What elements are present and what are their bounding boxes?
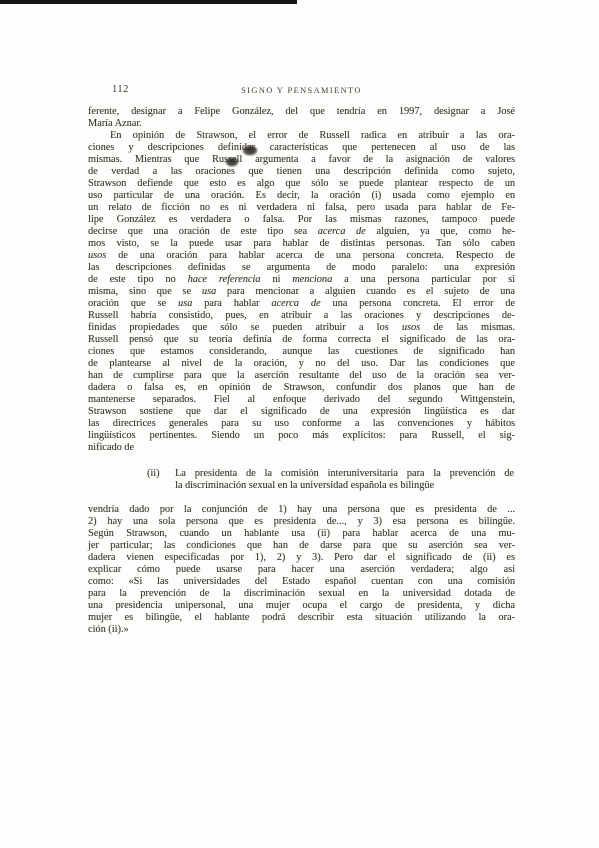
text-line: de verdad a las oraciones que tienen una…: [88, 166, 515, 178]
page-number: 112: [112, 84, 129, 95]
text-line: nificado de: [88, 442, 515, 454]
ink-smudge: [225, 157, 239, 167]
scanned-journal-page: 112 SIGNO Y PENSAMIENTO ferente, designa…: [0, 0, 599, 848]
text-line: oración que se usa para hablar acerca de…: [88, 298, 515, 310]
journal-title: SIGNO Y PENSAMIENTO: [88, 84, 515, 95]
running-head: 112 SIGNO Y PENSAMIENTO: [88, 84, 515, 98]
text-line: como: «Si las universidades del Estado e…: [88, 576, 515, 588]
text-line: jer particular; las condiciones que han …: [88, 540, 515, 552]
text-line: 2) hay una sola persona que es president…: [88, 516, 515, 528]
text-line: lipe González es verdadera o falsa. Por …: [88, 214, 515, 226]
text-line: mos visto, se la puede usar para hablar …: [88, 238, 515, 250]
text-line: de plantearse al nivel de la oración, y …: [88, 358, 515, 370]
paragraph-continuation: ferente, designar a Felipe González, del…: [88, 106, 515, 130]
example-text: La presidenta de la comisión interuniver…: [175, 468, 514, 492]
text-line: Strawson sostiene que dar el significado…: [88, 406, 515, 418]
paragraph-closing: vendría dado por la conjunción de 1) hay…: [88, 504, 515, 636]
text-line: ciones y descripciones definidas caracte…: [88, 142, 515, 154]
text-line: Según Strawson, cuando un hablante usa (…: [88, 528, 515, 540]
text-line: las descripciones definidas se argumenta…: [88, 262, 515, 274]
text-line: ferente, designar a Felipe González, del…: [88, 106, 515, 118]
text-line: Strawson defiende que esto es algo que s…: [88, 178, 515, 190]
scan-artifact-bar: [0, 0, 297, 4]
text-line: lingüísticos pertinentes. Siendo un poco…: [88, 430, 515, 442]
text-line: explicar cómo puede usarse para hacer un…: [88, 564, 515, 576]
text-line: vendría dado por la conjunción de 1) hay…: [88, 504, 515, 516]
example-block: (ii) La presidenta de la comisión interu…: [147, 468, 514, 492]
text-line: misma, sino que se usa para mencionar a …: [88, 286, 515, 298]
text-line: uso particular de una oración. Es decir,…: [88, 190, 515, 202]
example-label: (ii): [147, 468, 160, 480]
text-line: un relato de ficción no es ni verdadera …: [88, 202, 515, 214]
text-line: finidas propiedades que sólo se pueden a…: [88, 322, 515, 334]
text-line: ción (ii).»: [88, 624, 515, 636]
text-line: mantenerse separados. Fiel al enfoque de…: [88, 394, 515, 406]
text-line: de este tipo no hace referencia ni menci…: [88, 274, 515, 286]
text-line: han de cumplirse para que la aserción re…: [88, 370, 515, 382]
text-line: En opinión de Strawson, el error de Russ…: [88, 130, 515, 142]
text-line: ciones que estamos considerando, aunque …: [88, 346, 515, 358]
ink-smudge: [242, 145, 258, 156]
text-line: mujer es bilingüe, el hablante podrá des…: [88, 612, 515, 624]
text-line: dadera o falsa es, en opinión de Strawso…: [88, 382, 515, 394]
text-line: María Aznar.: [88, 118, 515, 130]
text-line: mismas. Mientras que Russell argumenta a…: [88, 154, 515, 166]
text-line: la discriminación sexual en la universid…: [175, 480, 514, 492]
text-line: las directrices generales para su uso co…: [88, 418, 515, 430]
text-line: Russell pensó que su teoría definía de f…: [88, 334, 515, 346]
text-line: La presidenta de la comisión interuniver…: [175, 468, 514, 480]
paragraph-main: En opinión de Strawson, el error de Russ…: [88, 130, 515, 454]
text-line: para la prevención de la discriminación …: [88, 588, 515, 600]
text-line: Russell habría consistido, pues, en atri…: [88, 310, 515, 322]
text-line: una presidencia unipersonal, una mujer o…: [88, 600, 515, 612]
text-line: usos de una oración para hablar acerca d…: [88, 250, 515, 262]
text-line: decirse que una oración de este tipo sea…: [88, 226, 515, 238]
text-line: dadera vienen especificadas por 1), 2) y…: [88, 552, 515, 564]
